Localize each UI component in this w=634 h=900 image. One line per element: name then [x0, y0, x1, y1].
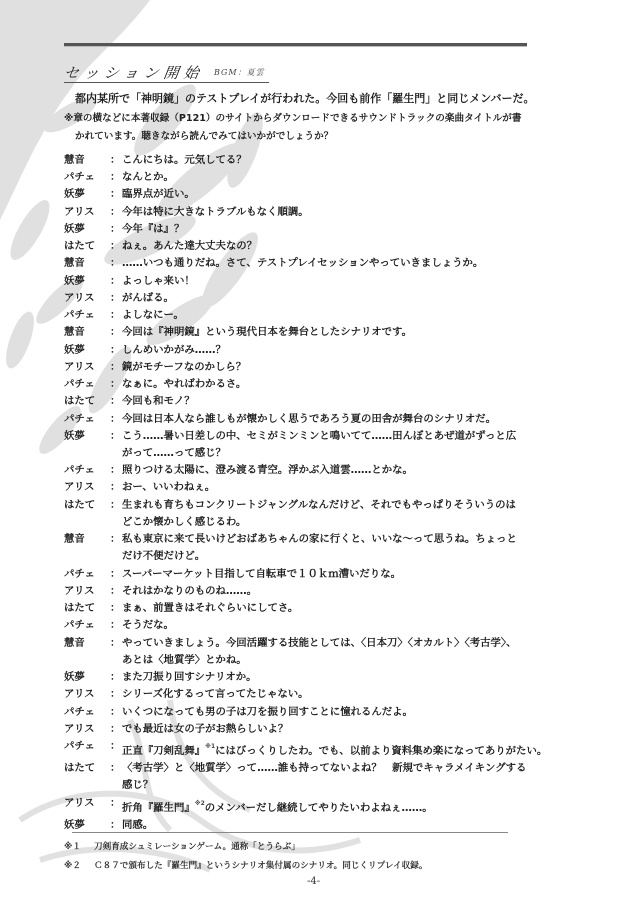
dialogue-line: アリス：シリーズ化するって言ってたじゃない。 — [64, 686, 534, 703]
speaker-name: パチェ — [64, 411, 110, 428]
speaker-colon: ： — [110, 760, 122, 777]
speaker-name: アリス — [64, 359, 110, 376]
dialogue-text-part: 今年は特に大きなトラブルもなく順調。 — [122, 206, 309, 218]
speaker-name: パチェ — [64, 376, 110, 393]
dialogue-text: やっていきましょう。今回活躍する技能としては、〈日本刀〉〈オカルト〉〈考古学〉、 — [122, 635, 534, 652]
dialogue-text: こんにちは。元気してる？ — [122, 152, 534, 169]
speaker-name: 慧音 — [64, 324, 110, 341]
dialogue-continuation: だけ不便だけど。 — [64, 548, 534, 565]
dialogue-text: 私も東京に来て長いけどおばあちゃんの家に行くと、いいな～って思うね。ちょっと — [122, 531, 534, 548]
dialogue-text: なんとか。 — [122, 169, 534, 186]
speaker-colon: ： — [110, 617, 122, 634]
footnote-mark: ※２ — [64, 857, 94, 876]
speaker-colon: ： — [110, 342, 122, 359]
speaker-colon: ： — [110, 795, 122, 817]
speaker-colon: ： — [110, 221, 122, 238]
dialogue-list: 慧音：こんにちは。元気してる？パチェ：なんとか。妖夢：臨界点が近い。アリス：今年… — [64, 152, 534, 834]
dialogue-text: 臨界点が近い。 — [122, 186, 534, 203]
speaker-name: はたて — [64, 238, 110, 255]
speaker-name: パチェ — [64, 307, 110, 324]
dialogue-line: アリス：それはかなりのものね……。 — [64, 583, 534, 600]
dialogue-line: アリス：鏡がモチーフなのかしら？ — [64, 359, 534, 376]
dialogue-text: おー、いいわねぇ。 — [122, 479, 534, 496]
dialogue-continuation: どこか懐かしく感じるわ。 — [64, 514, 534, 531]
dialogue-line: パチェ：いくつになっても男の子は刀を振り回すことに憧れるんだよ。 — [64, 704, 534, 721]
dialogue-text-part: いくつになっても男の子は刀を振り回すことに憧れるんだよ。 — [122, 706, 413, 718]
speaker-colon: ： — [110, 738, 122, 760]
dialogue-text-part: 臨界点が近い。 — [122, 188, 195, 200]
section-header: セッション開始 BGM：夏雲 — [64, 62, 269, 83]
speaker-colon: ： — [110, 290, 122, 307]
section-title: セッション開始 — [63, 62, 206, 83]
dialogue-line: はたて：今回も和モノ？ — [64, 393, 534, 410]
dialogue-line: パチェ：今回は日本人なら誰しもが懐かしく思うであろう夏の田舎が舞台のシナリオだ。 — [64, 411, 534, 428]
dialogue-text-part: でも最近は女の子がお熱らしいよ？ — [122, 723, 288, 735]
footnote-2: ※２ Ｃ８７で頒布した『羅生門』というシナリオ集付属のシナリオ。同じくリプレイ収… — [64, 857, 534, 876]
dialogue-text-part: そうだな。 — [122, 619, 174, 631]
speaker-colon: ： — [110, 273, 122, 290]
note-line-1: ※章の横などに本著収録（P121）のサイトからダウンロードできるサウンドトラック… — [64, 113, 521, 124]
speaker-name: アリス — [64, 795, 110, 817]
dialogue-line: アリス：がんばる。 — [64, 290, 534, 307]
speaker-name: はたて — [64, 497, 110, 514]
dialogue-text: 今回は『神明鏡』という現代日本を舞台としたシナリオです。 — [122, 324, 534, 341]
speaker-colon: ： — [110, 669, 122, 686]
dialogue-line: 妖夢：しんめいかがみ……？ — [64, 342, 534, 359]
dialogue-text-part: それはかなりのものね……。 — [122, 585, 257, 597]
dialogue-text-part: 今年『は』？ — [122, 223, 184, 235]
speaker-colon: ： — [110, 307, 122, 324]
dialogue-line: 慧音：……いつも通りだね。さて、テストプレイセッションやっていきましょうか。 — [64, 255, 534, 272]
dialogue-text-part: 照りつける太陽に、澄み渡る青空。浮かぶ入道雲……とかな。 — [122, 464, 413, 476]
footnote-rule — [72, 832, 508, 833]
dialogue-line: 慧音：こんにちは。元気してる？ — [64, 152, 534, 169]
speaker-name: パチェ — [64, 617, 110, 634]
speaker-name: 妖夢 — [64, 669, 110, 686]
dialogue-text-part: こう……暑い日差しの中、セミがミンミンと鳴いてて……田んぼとあぜ道がずっと広 — [122, 430, 516, 442]
footnote-mark: ※１ — [64, 838, 94, 857]
speaker-name: パチェ — [64, 566, 110, 583]
dialogue-text-part: しんめいかがみ……？ — [122, 344, 226, 356]
dialogue-text: 今年は特に大きなトラブルもなく順調。 — [122, 204, 534, 221]
dialogue-text: 折角『羅生門』※2のメンバーだし継続してやりたいわよねぇ……。 — [122, 795, 534, 817]
speaker-colon: ： — [110, 600, 122, 617]
speaker-name: 妖夢 — [64, 273, 110, 290]
soundtrack-note: ※章の横などに本著収録（P121）のサイトからダウンロードできるサウンドトラック… — [64, 110, 534, 146]
dialogue-line: 妖夢：また刀振り回すシナリオか。 — [64, 669, 534, 686]
dialogue-text-part: よしなにー。 — [122, 309, 184, 321]
dialogue-line: パチェ：そうだな。 — [64, 617, 534, 634]
speaker-name: 慧音 — [64, 255, 110, 272]
footnote-reference: ※1 — [205, 743, 215, 750]
dialogue-line: パチェ：よしなにー。 — [64, 307, 534, 324]
dialogue-text-part: また刀振り回すシナリオか。 — [122, 671, 257, 683]
dialogue-text-part: ……いつも通りだね。さて、テストプレイセッションやっていきましょうか。 — [122, 257, 483, 269]
speaker-colon: ： — [110, 531, 122, 548]
speaker-colon: ： — [110, 566, 122, 583]
dialogue-line: アリス：今年は特に大きなトラブルもなく順調。 — [64, 204, 534, 221]
speaker-name: 妖夢 — [64, 342, 110, 359]
dialogue-text-part: こんにちは。元気してる？ — [122, 154, 247, 166]
speaker-colon: ： — [110, 324, 122, 341]
speaker-colon: ： — [110, 479, 122, 496]
dialogue-text: 照りつける太陽に、澄み渡る青空。浮かぶ入道雲……とかな。 — [122, 462, 534, 479]
dialogue-line: 慧音：やっていきましょう。今回活躍する技能としては、〈日本刀〉〈オカルト〉〈考古… — [64, 635, 534, 652]
dialogue-text-part: なぁに。やればわかるさ。 — [122, 378, 246, 390]
speaker-name: アリス — [64, 204, 110, 221]
dialogue-continuation: がって……って感じ？ — [64, 445, 534, 462]
speaker-name: パチェ — [64, 462, 110, 479]
speaker-name: アリス — [64, 583, 110, 600]
dialogue-text-part: にはびっくりしたわ。でも、以前より資料集め楽になってありがたい。 — [215, 745, 547, 757]
dialogue-text: がんばる。 — [122, 290, 534, 307]
speaker-colon: ： — [110, 721, 122, 738]
dialogue-text-part: おー、いいわねぇ。 — [122, 481, 215, 493]
footnote-text: Ｃ８７で頒布した『羅生門』というシナリオ集付属のシナリオ。同じくリプレイ収録。 — [94, 857, 427, 876]
dialogue-text: よしなにー。 — [122, 307, 534, 324]
dialogue-text-part: 今回も和モノ？ — [122, 395, 195, 407]
speaker-colon: ： — [110, 411, 122, 428]
dialogue-text-part: のメンバーだし継続してやりたいわよねぇ……。 — [205, 802, 433, 814]
dialogue-line: アリス：でも最近は女の子がお熱らしいよ？ — [64, 721, 534, 738]
speaker-name: パチェ — [64, 738, 110, 760]
speaker-colon: ： — [110, 497, 122, 514]
speaker-colon: ： — [110, 255, 122, 272]
dialogue-text: 正直『刀剣乱舞』※1にはびっくりしたわ。でも、以前より資料集め楽になってありがた… — [122, 738, 547, 760]
dialogue-text: まぁ、前置きはそれぐらいにしてさ。 — [122, 600, 534, 617]
speaker-name: アリス — [64, 479, 110, 496]
speaker-colon: ： — [110, 359, 122, 376]
dialogue-text-part: シリーズ化するって言ってたじゃない。 — [122, 688, 309, 700]
dialogue-text-part: なんとか。 — [122, 171, 174, 183]
speaker-name: アリス — [64, 721, 110, 738]
speaker-colon: ： — [110, 686, 122, 703]
speaker-colon: ： — [110, 583, 122, 600]
dialogue-text-part: ねぇ。あんた達大丈夫なの？ — [122, 240, 257, 252]
dialogue-text: ねぇ。あんた達大丈夫なの？ — [122, 238, 534, 255]
dialogue-text-part: がんばる。 — [122, 292, 174, 304]
bgm-label: BGM：夏雲 — [214, 67, 265, 78]
speaker-colon: ： — [110, 204, 122, 221]
dialogue-line: アリス：おー、いいわねぇ。 — [64, 479, 534, 496]
dialogue-text: 今回も和モノ？ — [122, 393, 534, 410]
dialogue-text: いくつになっても男の子は刀を振り回すことに憧れるんだよ。 — [122, 704, 534, 721]
dialogue-text: でも最近は女の子がお熱らしいよ？ — [122, 721, 534, 738]
dialogue-line: 妖夢：こう……暑い日差しの中、セミがミンミンと鳴いてて……田んぼとあぜ道がずっと… — [64, 428, 534, 445]
dialogue-line: 妖夢：臨界点が近い。 — [64, 186, 534, 203]
dialogue-text-part: 鏡がモチーフなのかしら？ — [122, 361, 246, 373]
dialogue-line: はたて：生まれも育ちもコンクリートジャングルなんだけど、それでもやっぱりそういう… — [64, 497, 534, 514]
dialogue-line: パチェ：照りつける太陽に、澄み渡る青空。浮かぶ入道雲……とかな。 — [64, 462, 534, 479]
dialogue-text: そうだな。 — [122, 617, 534, 634]
dialogue-text: ……いつも通りだね。さて、テストプレイセッションやっていきましょうか。 — [122, 255, 534, 272]
dialogue-text-part: 同感。 — [122, 819, 153, 831]
dialogue-line: 慧音：今回は『神明鏡』という現代日本を舞台としたシナリオです。 — [64, 324, 534, 341]
dialogue-text-part: 正直『刀剣乱舞』 — [122, 745, 205, 757]
dialogue-line: パチェ：なぁに。やればわかるさ。 — [64, 376, 534, 393]
speaker-name: はたて — [64, 393, 110, 410]
speaker-colon: ： — [110, 376, 122, 393]
dialogue-text-part: スーパーマーケット目指して自転車で１０ｋｍ漕いだりな。 — [122, 568, 401, 580]
speaker-name: パチェ — [64, 169, 110, 186]
speaker-name: 慧音 — [64, 635, 110, 652]
dialogue-text: 〈考古学〉と〈地質学〉って……誰も持ってないよね？ 新規でキャラメイキングする — [122, 760, 534, 777]
dialogue-text: 鏡がモチーフなのかしら？ — [122, 359, 534, 376]
speaker-name: 妖夢 — [64, 186, 110, 203]
dialogue-line: アリス：折角『羅生門』※2のメンバーだし継続してやりたいわよねぇ……。 — [64, 795, 534, 817]
dialogue-line: パチェ：正直『刀剣乱舞』※1にはびっくりしたわ。でも、以前より資料集め楽になって… — [64, 738, 534, 760]
dialogue-text-part: 〈考古学〉と〈地質学〉って……誰も持ってないよね？ 新規でキャラメイキングする — [122, 762, 526, 774]
dialogue-text-part: 折角『羅生門』 — [122, 802, 195, 814]
dialogue-line: はたて：まぁ、前置きはそれぐらいにしてさ。 — [64, 600, 534, 617]
document-page: セッション開始 BGM：夏雲 都内某所で「神明鏡」のテストプレイが行われた。今回… — [0, 0, 634, 900]
dialogue-text-part: やっていきましょう。今回活躍する技能としては、〈日本刀〉〈オカルト〉〈考古学〉、 — [122, 637, 517, 649]
speaker-name: はたて — [64, 760, 110, 777]
dialogue-text: 今回は日本人なら誰しもが懐かしく思うであろう夏の田舎が舞台のシナリオだ。 — [122, 411, 534, 428]
speaker-name: はたて — [64, 600, 110, 617]
footnote-1: ※１ 刀剣育成シュミレーションゲーム。通称「とうらぶ」 — [64, 838, 534, 857]
speaker-colon: ： — [110, 704, 122, 721]
speaker-colon: ： — [110, 428, 122, 445]
footnote-reference: ※2 — [195, 800, 205, 807]
dialogue-continuation: あとは〈地質学〉とかね。 — [64, 652, 534, 669]
note-line-2: かれています。聴きながら読んでみてはいかがでしょうか？ — [64, 128, 534, 146]
dialogue-text-part: 今回は日本人なら誰しもが懐かしく思うであろう夏の田舎が舞台のシナリオだ。 — [122, 413, 496, 425]
dialogue-line: 慧音：私も東京に来て長いけどおばあちゃんの家に行くと、いいな～って思うね。ちょっ… — [64, 531, 534, 548]
speaker-name: 妖夢 — [64, 428, 110, 445]
dialogue-text: こう……暑い日差しの中、セミがミンミンと鳴いてて……田んぼとあぜ道がずっと広 — [122, 428, 534, 445]
dialogue-line: パチェ：スーパーマーケット目指して自転車で１０ｋｍ漕いだりな。 — [64, 566, 534, 583]
dialogue-text: なぁに。やればわかるさ。 — [122, 376, 534, 393]
dialogue-text-part: 生まれも育ちもコンクリートジャングルなんだけど、それでもやっぱりそういうのは — [122, 499, 516, 511]
dialogue-line: 妖夢：よっしゃ来い！ — [64, 273, 534, 290]
header-rule — [64, 43, 527, 47]
dialogue-text: 今年『は』？ — [122, 221, 534, 238]
speaker-colon: ： — [110, 238, 122, 255]
speaker-colon: ： — [110, 169, 122, 186]
dialogue-text-part: まぁ、前置きはそれぐらいにしてさ。 — [122, 602, 298, 614]
speaker-colon: ： — [110, 152, 122, 169]
dialogue-line: パチェ：なんとか。 — [64, 169, 534, 186]
dialogue-text-part: 私も東京に来て長いけどおばあちゃんの家に行くと、いいな～って思うね。ちょっと — [122, 533, 517, 545]
speaker-name: 妖夢 — [64, 221, 110, 238]
dialogue-line: はたて：ねぇ。あんた達大丈夫なの？ — [64, 238, 534, 255]
dialogue-text: しんめいかがみ……？ — [122, 342, 534, 359]
speaker-colon: ： — [110, 186, 122, 203]
dialogue-text: それはかなりのものね……。 — [122, 583, 534, 600]
speaker-colon: ： — [110, 635, 122, 652]
speaker-name: アリス — [64, 686, 110, 703]
dialogue-text: 生まれも育ちもコンクリートジャングルなんだけど、それでもやっぱりそういうのは — [122, 497, 534, 514]
page-number: -4- — [307, 876, 320, 887]
dialogue-text: スーパーマーケット目指して自転車で１０ｋｍ漕いだりな。 — [122, 566, 534, 583]
dialogue-text: シリーズ化するって言ってたじゃない。 — [122, 686, 534, 703]
footnote-text: 刀剣育成シュミレーションゲーム。通称「とうらぶ」 — [94, 838, 300, 857]
dialogue-line: はたて：〈考古学〉と〈地質学〉って……誰も持ってないよね？ 新規でキャラメイキン… — [64, 760, 534, 777]
dialogue-text-part: 今回は『神明鏡』という現代日本を舞台としたシナリオです。 — [122, 326, 412, 338]
speaker-name: 慧音 — [64, 152, 110, 169]
speaker-colon: ： — [110, 462, 122, 479]
speaker-colon: ： — [110, 393, 122, 410]
speaker-name: アリス — [64, 290, 110, 307]
dialogue-continuation: 感じ？ — [64, 777, 534, 794]
dialogue-text-part: よっしゃ来い！ — [122, 275, 195, 287]
intro-paragraph: 都内某所で「神明鏡」のテストプレイが行われた。今回も前作「羅生門」と同じメンバー… — [75, 90, 534, 106]
speaker-name: 慧音 — [64, 531, 110, 548]
footnotes: ※１ 刀剣育成シュミレーションゲーム。通称「とうらぶ」 ※２ Ｃ８７で頒布した『… — [64, 838, 534, 876]
speaker-name: パチェ — [64, 704, 110, 721]
dialogue-text: また刀振り回すシナリオか。 — [122, 669, 534, 686]
dialogue-line: 妖夢：今年『は』？ — [64, 221, 534, 238]
dialogue-text: よっしゃ来い！ — [122, 273, 534, 290]
